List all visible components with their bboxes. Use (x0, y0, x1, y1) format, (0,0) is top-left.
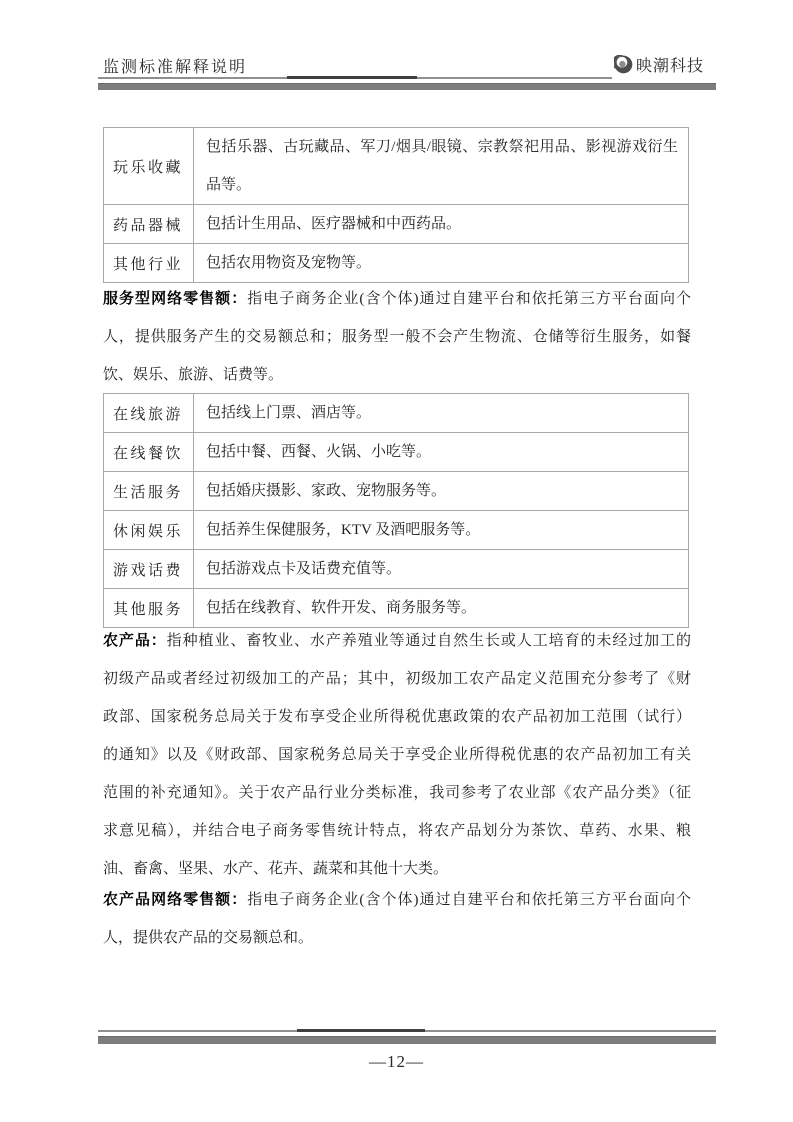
table-row: 休闲娱乐 包括养生保健服务，KTV 及酒吧服务等。 (104, 511, 689, 550)
table-row: 在线旅游 包括线上门票、酒店等。 (104, 394, 689, 433)
table-row: 玩乐收藏 包括乐器、古玩藏品、军刀/烟具/眼镜、宗教祭祀用品、影视游戏衍生品等。 (104, 128, 689, 205)
description-cell: 包括中餐、西餐、火锅、小吃等。 (194, 433, 689, 472)
paragraph-label: 服务型网络零售额： (103, 291, 247, 307)
table-row: 药品器械 包括计生用品、医疗器械和中西药品。 (104, 205, 689, 244)
table-row: 其他行业 包括农用物资及宠物等。 (104, 244, 689, 283)
header-doc-title: 监测标准解释说明 (103, 54, 247, 77)
service-category-table: 在线旅游 包括线上门票、酒店等。 在线餐饮 包括中餐、西餐、火锅、小吃等。 生活… (103, 393, 689, 628)
swirl-logo-icon (614, 55, 633, 74)
category-cell: 游戏话费 (104, 550, 194, 589)
category-cell: 生活服务 (104, 472, 194, 511)
description-cell: 包括农用物资及宠物等。 (194, 244, 689, 283)
table-row: 生活服务 包括婚庆摄影、家政、宠物服务等。 (104, 472, 689, 511)
header-rule-bar (98, 83, 716, 90)
paragraph-line: 服务型网络零售额：指电子商务企业(含个体)通过自建平台和依托第三方平台面向个 (103, 280, 691, 318)
paragraph-line: 初级产品或者经过初级加工的产品；其中，初级加工农产品定义范围充分参考了《财 (103, 660, 691, 698)
paragraph-line: 政部、国家税务总局关于发布享受企业所得税优惠政策的农产品初加工范围（试行） (103, 698, 691, 736)
category-cell: 在线餐饮 (104, 433, 194, 472)
description-cell: 包括养生保健服务，KTV 及酒吧服务等。 (194, 511, 689, 550)
paragraph-line: 范围的补充通知》。关于农产品行业分类标准，我司参考了农业部《农产品分类》（征 (103, 774, 691, 812)
paragraph-agri-retail: 农产品网络零售额：指电子商务企业(含个体)通过自建平台和依托第三方平台面向个 人… (103, 881, 691, 957)
footer-rule-dark-segment (297, 1029, 425, 1032)
paragraph-line: 饮、娱乐、旅游、话费等。 (103, 356, 691, 394)
description-cell: 包括线上门票、酒店等。 (194, 394, 689, 433)
paragraph-line: 求意见稿），并结合电子商务零售统计特点，将农产品划分为茶饮、草药、水果、粮 (103, 812, 691, 850)
header-rule-dark-segment (287, 76, 417, 79)
category-cell: 其他行业 (104, 244, 194, 283)
footer-rule-bar (98, 1036, 716, 1044)
category-cell: 药品器械 (104, 205, 194, 244)
paragraph-label: 农产品网络零售额： (103, 892, 247, 908)
paragraph-line: 农产品：指种植业、畜牧业、水产养殖业等通过自然生长或人工培育的未经过加工的 (103, 622, 691, 660)
paragraph-label: 农产品： (103, 633, 167, 649)
description-cell: 包括乐器、古玩藏品、军刀/烟具/眼镜、宗教祭祀用品、影视游戏衍生品等。 (194, 128, 689, 205)
paragraph-line: 人，提供农产品的交易额总和。 (103, 919, 691, 957)
paragraph-service-retail: 服务型网络零售额：指电子商务企业(含个体)通过自建平台和依托第三方平台面向个 人… (103, 280, 691, 394)
paragraph-line: 农产品网络零售额：指电子商务企业(含个体)通过自建平台和依托第三方平台面向个 (103, 881, 691, 919)
table-row: 在线餐饮 包括中餐、西餐、火锅、小吃等。 (104, 433, 689, 472)
header-brand: 映潮科技 (614, 53, 704, 76)
category-cell: 玩乐收藏 (104, 128, 194, 205)
brand-name: 映潮科技 (636, 53, 704, 76)
page-number: —12— (0, 1052, 793, 1072)
paragraph-line: 人，提供服务产生的交易额总和；服务型一般不会产生物流、仓储等衍生服务，如餐 (103, 318, 691, 356)
goods-category-table: 玩乐收藏 包括乐器、古玩藏品、军刀/烟具/眼镜、宗教祭祀用品、影视游戏衍生品等。… (103, 127, 689, 283)
category-cell: 休闲娱乐 (104, 511, 194, 550)
table-row: 游戏话费 包括游戏点卡及话费充值等。 (104, 550, 689, 589)
description-cell: 包括婚庆摄影、家政、宠物服务等。 (194, 472, 689, 511)
description-cell: 包括游戏点卡及话费充值等。 (194, 550, 689, 589)
description-cell: 包括计生用品、医疗器械和中西药品。 (194, 205, 689, 244)
paragraph-agri-products: 农产品：指种植业、畜牧业、水产养殖业等通过自然生长或人工培育的未经过加工的 初级… (103, 622, 691, 888)
category-cell: 在线旅游 (104, 394, 194, 433)
document-page: 监测标准解释说明 映潮科技 玩乐收藏 包括乐器、古玩藏品、军刀/烟具/眼镜、宗教… (0, 0, 793, 1122)
paragraph-line: 的通知》以及《财政部、国家税务总局关于享受企业所得税优惠的农产品初加工有关 (103, 736, 691, 774)
